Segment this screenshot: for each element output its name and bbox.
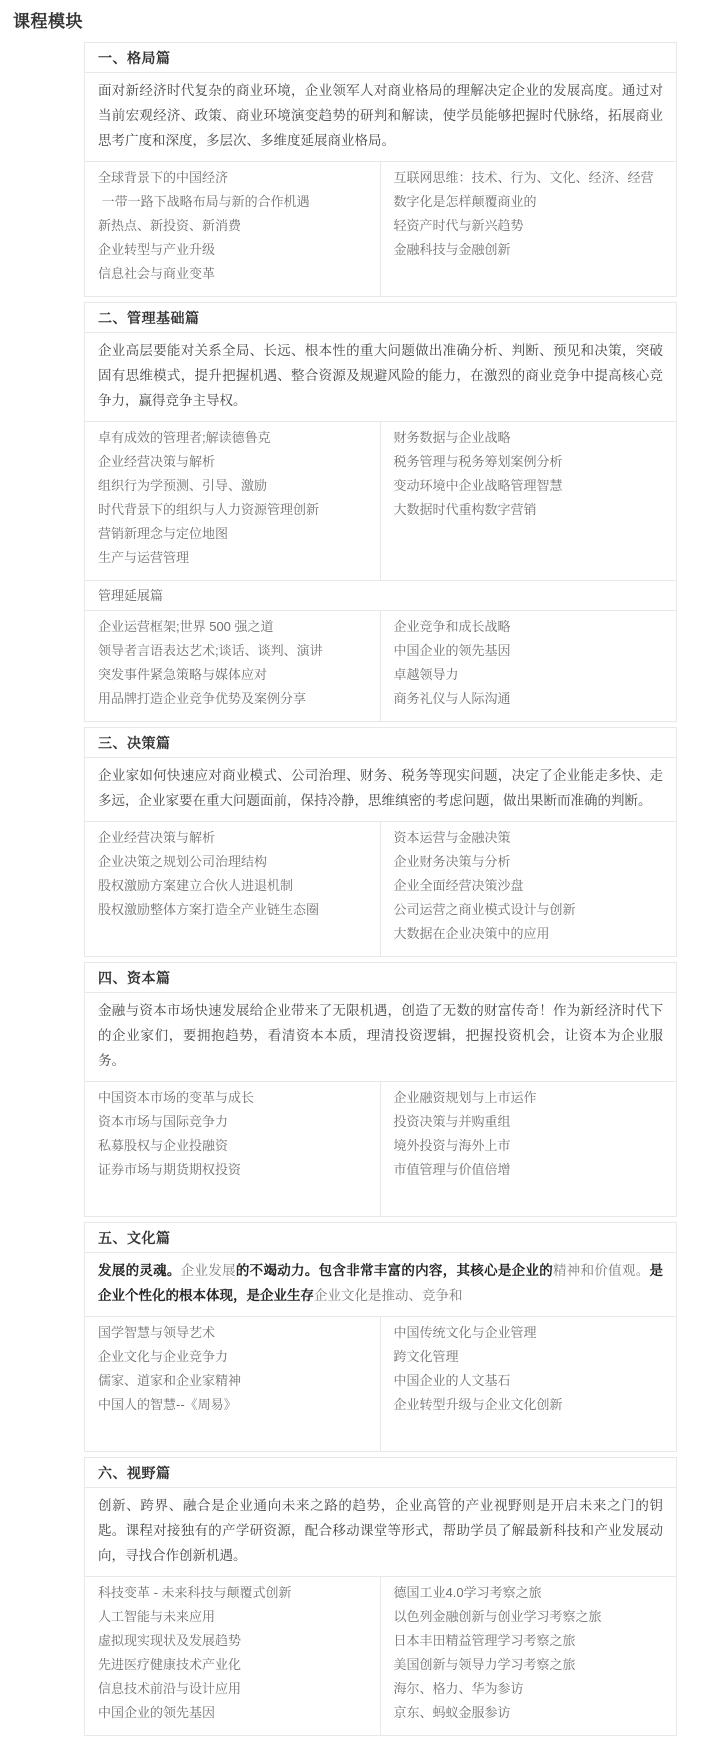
course-column-left: 中国资本市场的变革与成长资本市场与国际竞争力私募股权与企业投融资证券市场与期货期… bbox=[85, 1082, 381, 1216]
course-item: 企业经营决策与解析 bbox=[98, 826, 367, 850]
description-segment: 精神和价值观。 bbox=[553, 1263, 650, 1278]
section-heading: 五、文化篇 bbox=[85, 1223, 676, 1253]
course-column-left: 企业运营框架;世界 500 强之道领导者言语表达艺术;谈话、谈判、演讲突发事件紧… bbox=[85, 611, 381, 721]
course-item: 数字化是怎样颠覆商业的 bbox=[394, 190, 664, 214]
course-item: 信息社会与商业变革 bbox=[98, 262, 367, 286]
course-item: 企业财务决策与分析 bbox=[394, 850, 664, 874]
section-description: 面对新经济时代复杂的商业环境，企业领军人对商业格局的理解决定企业的发展高度。通过… bbox=[85, 73, 676, 162]
course-item: 全球背景下的中国经济 bbox=[98, 166, 367, 190]
course-item: 资本市场与国际竞争力 bbox=[98, 1110, 367, 1134]
section-description: 创新、跨界、融合是企业通向未来之路的趋势，企业高管的产业视野则是开启未来之门的钥… bbox=[85, 1488, 676, 1577]
section-description: 发展的灵魂。企业发展的不竭动力。包含非常丰富的内容，其核心是企业的精神和价值观。… bbox=[85, 1253, 676, 1317]
course-column-right: 互联网思维：技术、行为、文化、经济、经营数字化是怎样颠覆商业的轻资产时代与新兴趋… bbox=[381, 162, 677, 296]
course-row: 卓有成效的管理者;解读德鲁克企业经营决策与解析组织行为学预测、引导、激励时代背景… bbox=[85, 422, 676, 581]
course-item: 以色列金融创新与创业学习考察之旅 bbox=[394, 1605, 664, 1629]
course-column-right: 企业竞争和成长战略中国企业的领先基因卓越领导力商务礼仪与人际沟通 bbox=[381, 611, 677, 721]
course-row: 全球背景下的中国经济 一带一路下战略布局与新的合作机遇新热点、新投资、新消费企业… bbox=[85, 162, 676, 296]
course-item: 中国企业的人文基石 bbox=[394, 1369, 664, 1393]
course-item: 儒家、道家和企业家精神 bbox=[98, 1369, 367, 1393]
course-item: 境外投资与海外上市 bbox=[394, 1134, 664, 1158]
page-title: 课程模块 bbox=[13, 7, 723, 32]
course-column-left: 国学智慧与领导艺术企业文化与企业竞争力儒家、道家和企业家精神中国人的智慧--《周… bbox=[85, 1317, 381, 1451]
course-item: 突发事件紧急策略与媒体应对 bbox=[98, 663, 367, 687]
course-item: 新热点、新投资、新消费 bbox=[98, 214, 367, 238]
description-bold-segment: 的不竭动力。包含非常丰富的内容，其核心是企业的 bbox=[236, 1263, 553, 1278]
course-item: 中国传统文化与企业管理 bbox=[394, 1321, 664, 1345]
course-item: 公司运营之商业模式设计与创新 bbox=[394, 898, 664, 922]
course-item: 中国企业的领先基因 bbox=[394, 639, 664, 663]
course-item: 大数据时代重构数字营销 bbox=[394, 498, 664, 522]
section-table: 五、文化篇发展的灵魂。企业发展的不竭动力。包含非常丰富的内容，其核心是企业的精神… bbox=[84, 1222, 677, 1452]
course-item: 国学智慧与领导艺术 bbox=[98, 1321, 367, 1345]
section-description: 企业高层要能对关系全局、长远、根本性的重大问题做出准确分析、判断、预见和决策，突… bbox=[85, 333, 676, 422]
course-item: 企业转型升级与企业文化创新 bbox=[394, 1393, 664, 1417]
course-column-left: 企业经营决策与解析企业决策之规划公司治理结构股权激励方案建立合伙人进退机制股权激… bbox=[85, 822, 381, 956]
section-description: 金融与资本市场快速发展给企业带来了无限机遇，创造了无数的财富传奇！作为新经济时代… bbox=[85, 993, 676, 1082]
section-heading: 二、管理基础篇 bbox=[85, 303, 676, 333]
course-modules-page: 课程模块 一、格局篇面对新经济时代复杂的商业环境，企业领军人对商业格局的理解决定… bbox=[0, 0, 723, 1736]
course-item: 科技变革 - 未来科技与颠覆式创新 bbox=[98, 1581, 367, 1605]
course-item: 德国工业4.0学习考察之旅 bbox=[394, 1581, 664, 1605]
course-item: 企业经营决策与解析 bbox=[98, 450, 367, 474]
course-item: 企业转型与产业升级 bbox=[98, 238, 367, 262]
section-table: 六、视野篇创新、跨界、融合是企业通向未来之路的趋势，企业高管的产业视野则是开启未… bbox=[84, 1457, 677, 1736]
course-item: 卓越领导力 bbox=[394, 663, 664, 687]
description-segment: 企业高层要能对关系全局、长远、根本性的重大问题做出准确分析、判断、预见和决策，突… bbox=[98, 343, 663, 408]
course-item: 领导者言语表达艺术;谈话、谈判、演讲 bbox=[98, 639, 367, 663]
course-item: 企业运营框架;世界 500 强之道 bbox=[98, 615, 367, 639]
course-item: 用品牌打造企业竞争优势及案例分享 bbox=[98, 687, 367, 711]
course-item: 生产与运营管理 bbox=[98, 546, 367, 570]
course-item: 互联网思维：技术、行为、文化、经济、经营 bbox=[394, 166, 664, 190]
course-item: 企业全面经营决策沙盘 bbox=[394, 874, 664, 898]
course-item: 组织行为学预测、引导、激励 bbox=[98, 474, 367, 498]
course-row: 企业经营决策与解析企业决策之规划公司治理结构股权激励方案建立合伙人进退机制股权激… bbox=[85, 822, 676, 956]
course-item: 中国资本市场的变革与成长 bbox=[98, 1086, 367, 1110]
course-item: 卓有成效的管理者;解读德鲁克 bbox=[98, 426, 367, 450]
course-item: 企业文化与企业竞争力 bbox=[98, 1345, 367, 1369]
course-row: 科技变革 - 未来科技与颠覆式创新人工智能与未来应用虚拟现实现状及发展趋势先进医… bbox=[85, 1577, 676, 1735]
course-item: 私募股权与企业投融资 bbox=[98, 1134, 367, 1158]
course-item: 轻资产时代与新兴趋势 bbox=[394, 214, 664, 238]
course-column-left: 全球背景下的中国经济 一带一路下战略布局与新的合作机遇新热点、新投资、新消费企业… bbox=[85, 162, 381, 296]
course-row: 国学智慧与领导艺术企业文化与企业竞争力儒家、道家和企业家精神中国人的智慧--《周… bbox=[85, 1317, 676, 1451]
course-item: 股权激励方案建立合伙人进退机制 bbox=[98, 874, 367, 898]
course-item: 京东、蚂蚁金服参访 bbox=[394, 1701, 664, 1725]
course-item: 市值管理与价值倍增 bbox=[394, 1158, 664, 1182]
course-item: 一带一路下战略布局与新的合作机遇 bbox=[98, 190, 367, 214]
course-item: 信息技术前沿与设计应用 bbox=[98, 1677, 367, 1701]
course-item: 企业决策之规划公司治理结构 bbox=[98, 850, 367, 874]
course-item: 企业竞争和成长战略 bbox=[394, 615, 664, 639]
course-item: 金融科技与金融创新 bbox=[394, 238, 664, 262]
section-heading: 四、资本篇 bbox=[85, 963, 676, 993]
course-item: 中国人的智慧--《周易》 bbox=[98, 1393, 367, 1417]
course-item: 税务管理与税务筹划案例分析 bbox=[394, 450, 664, 474]
section-table: 一、格局篇面对新经济时代复杂的商业环境，企业领军人对商业格局的理解决定企业的发展… bbox=[84, 42, 677, 297]
description-bold-segment: 发展的灵魂。 bbox=[98, 1263, 181, 1278]
course-item: 企业融资规划与上市运作 bbox=[394, 1086, 664, 1110]
section-heading: 六、视野篇 bbox=[85, 1458, 676, 1488]
course-column-right: 德国工业4.0学习考察之旅以色列金融创新与创业学习考察之旅日本丰田精益管理学习考… bbox=[381, 1577, 677, 1735]
course-item: 美国创新与领导力学习考察之旅 bbox=[394, 1653, 664, 1677]
course-column-left: 科技变革 - 未来科技与颠覆式创新人工智能与未来应用虚拟现实现状及发展趋势先进医… bbox=[85, 1577, 381, 1735]
course-item: 变动环境中企业战略管理智慧 bbox=[394, 474, 664, 498]
course-item: 时代背景下的组织与人力资源管理创新 bbox=[98, 498, 367, 522]
course-item: 大数据在企业决策中的应用 bbox=[394, 922, 664, 946]
course-column-right: 财务数据与企业战略税务管理与税务筹划案例分析变动环境中企业战略管理智慧大数据时代… bbox=[381, 422, 677, 580]
course-item: 海尔、格力、华为参访 bbox=[394, 1677, 664, 1701]
course-item: 跨文化管理 bbox=[394, 1345, 664, 1369]
course-column-right: 企业融资规划与上市运作投资决策与并购重组境外投资与海外上市市值管理与价值倍增 bbox=[381, 1082, 677, 1216]
course-item: 财务数据与企业战略 bbox=[394, 426, 664, 450]
course-column-right: 中国传统文化与企业管理跨文化管理中国企业的人文基石企业转型升级与企业文化创新 bbox=[381, 1317, 677, 1451]
section-table: 二、管理基础篇企业高层要能对关系全局、长远、根本性的重大问题做出准确分析、判断、… bbox=[84, 302, 677, 722]
course-item: 证券市场与期货期权投资 bbox=[98, 1158, 367, 1182]
section-table: 四、资本篇金融与资本市场快速发展给企业带来了无限机遇，创造了无数的财富传奇！作为… bbox=[84, 962, 677, 1217]
section-heading: 三、决策篇 bbox=[85, 728, 676, 758]
course-column-right: 资本运营与金融决策企业财务决策与分析企业全面经营决策沙盘公司运营之商业模式设计与… bbox=[381, 822, 677, 956]
course-row: 中国资本市场的变革与成长资本市场与国际竞争力私募股权与企业投融资证券市场与期货期… bbox=[85, 1082, 676, 1216]
course-column-left: 卓有成效的管理者;解读德鲁克企业经营决策与解析组织行为学预测、引导、激励时代背景… bbox=[85, 422, 381, 580]
description-segment: 企业文化是推动、竞争和 bbox=[314, 1288, 463, 1303]
course-item: 虚拟现实现状及发展趋势 bbox=[98, 1629, 367, 1653]
course-item: 营销新理念与定位地图 bbox=[98, 522, 367, 546]
course-item: 投资决策与并购重组 bbox=[394, 1110, 664, 1134]
sections-root: 一、格局篇面对新经济时代复杂的商业环境，企业领军人对商业格局的理解决定企业的发展… bbox=[0, 42, 723, 1736]
course-row: 企业运营框架;世界 500 强之道领导者言语表达艺术;谈话、谈判、演讲突发事件紧… bbox=[85, 611, 676, 721]
description-segment: 金融与资本市场快速发展给企业带来了无限机遇，创造了无数的财富传奇！作为新经济时代… bbox=[98, 1003, 663, 1068]
description-segment: 企业家如何快速应对商业模式、公司治理、财务、税务等现实问题，决定了企业能走多快、… bbox=[98, 768, 663, 808]
course-item: 商务礼仪与人际沟通 bbox=[394, 687, 664, 711]
description-segment: 企业发展 bbox=[181, 1263, 236, 1278]
course-item: 中国企业的领先基因 bbox=[98, 1701, 367, 1725]
course-item: 先进医疗健康技术产业化 bbox=[98, 1653, 367, 1677]
section-subheading: 管理延展篇 bbox=[85, 581, 676, 611]
section-heading: 一、格局篇 bbox=[85, 43, 676, 73]
section-description: 企业家如何快速应对商业模式、公司治理、财务、税务等现实问题，决定了企业能走多快、… bbox=[85, 758, 676, 822]
description-segment: 面对新经济时代复杂的商业环境，企业领军人对商业格局的理解决定企业的发展高度。通过… bbox=[98, 83, 663, 148]
course-item: 日本丰田精益管理学习考察之旅 bbox=[394, 1629, 664, 1653]
description-segment: 创新、跨界、融合是企业通向未来之路的趋势，企业高管的产业视野则是开启未来之门的钥… bbox=[98, 1498, 663, 1563]
course-item: 资本运营与金融决策 bbox=[394, 826, 664, 850]
section-table: 三、决策篇企业家如何快速应对商业模式、公司治理、财务、税务等现实问题，决定了企业… bbox=[84, 727, 677, 957]
course-item: 股权激励整体方案打造全产业链生态圈 bbox=[98, 898, 367, 922]
course-item: 人工智能与未来应用 bbox=[98, 1605, 367, 1629]
